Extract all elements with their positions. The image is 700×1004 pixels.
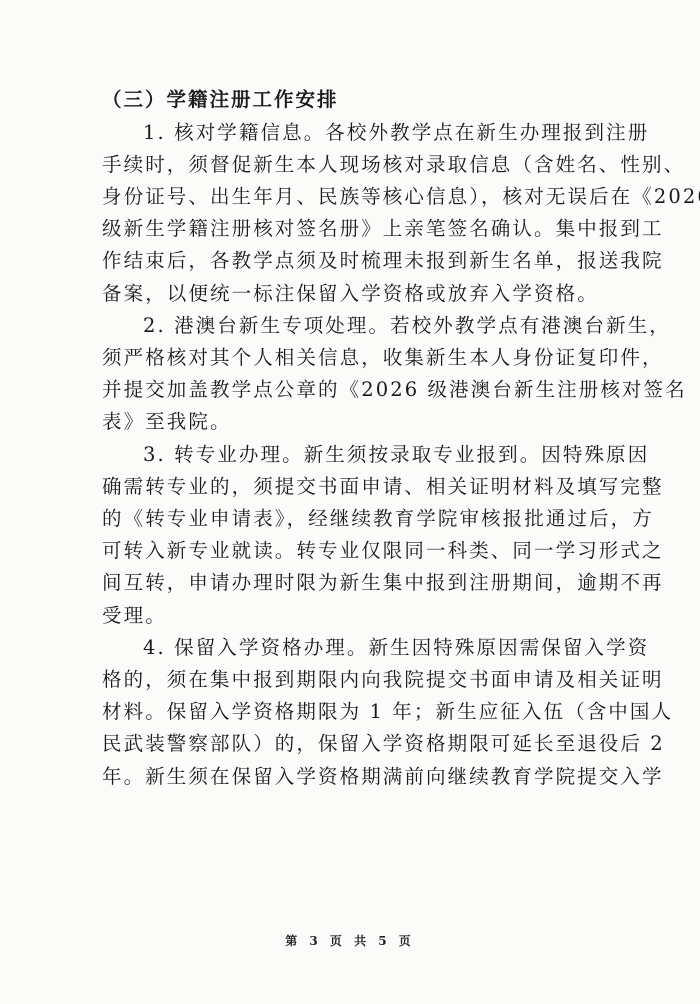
paragraph-line: 须严格核对其个人相关信息，收集新生本人身份证复印件，: [102, 346, 664, 370]
document-page: （三）学籍注册工作安排 1. 核对学籍信息。各校外教学点在新生办理报到注册 手续…: [0, 0, 700, 1004]
paragraph-line: 民武装警察部队）的，保留入学资格期限可延长至退役后 2: [102, 732, 665, 756]
paragraph-line: 身份证号、出生年月、民族等核心信息），核对无误后在《2026: [102, 185, 700, 209]
paragraph-line: 备案，以便统一标注保留入学资格或放弃入学资格。: [102, 282, 599, 306]
paragraph-line: 并提交加盖教学点公章的《2026 级港澳台新生注册核对签名: [102, 378, 687, 402]
paragraph-line: 间互转，申请办理时限为新生集中报到注册期间，逾期不再: [102, 571, 664, 595]
paragraph-line: 3. 转专业办理。新生须按录取专业报到。因特殊原因: [143, 443, 649, 467]
paragraph-line: 确需转专业的，须提交书面申请、相关证明材料及填写完整: [102, 475, 664, 499]
paragraph-line: 的《转专业申请表》，经继续教育学院审核报批通过后，方: [102, 507, 654, 531]
paragraph-line: 手续时，须督促新生本人现场核对录取信息（含姓名、性别、: [102, 153, 685, 177]
paragraph-line: 材料。保留入学资格期限为 1 年；新生应征入伍（含中国人: [102, 700, 673, 724]
paragraph-line: 1. 核对学籍信息。各校外教学点在新生办理报到注册: [143, 121, 649, 145]
paragraph-line: 作结束后，各教学点须及时梳理未报到新生名单，报送我院: [102, 249, 664, 273]
paragraph-line: 受理。: [102, 604, 167, 628]
section-heading: （三）学籍注册工作安排: [102, 88, 339, 112]
paragraph-line: 可转入新专业就读。转专业仅限同一科类、同一学习形式之: [102, 539, 664, 563]
paragraph-line: 格的，须在集中报到期限内向我院提交书面申请及相关证明: [102, 668, 664, 692]
page-number: 第 3 页 共 5 页: [0, 932, 700, 949]
paragraph-line: 级新生学籍注册核对签名册》上亲笔签名确认。集中报到工: [102, 217, 664, 241]
paragraph-line: 表》至我院。: [102, 410, 232, 434]
paragraph-line: 4. 保留入学资格办理。新生因特殊原因需保留入学资: [143, 636, 649, 660]
paragraph-line: 2. 港澳台新生专项处理。若校外教学点有港澳台新生，: [143, 314, 671, 338]
paragraph-line: 年。新生须在保留入学资格期满前向继续教育学院提交入学: [102, 765, 664, 789]
